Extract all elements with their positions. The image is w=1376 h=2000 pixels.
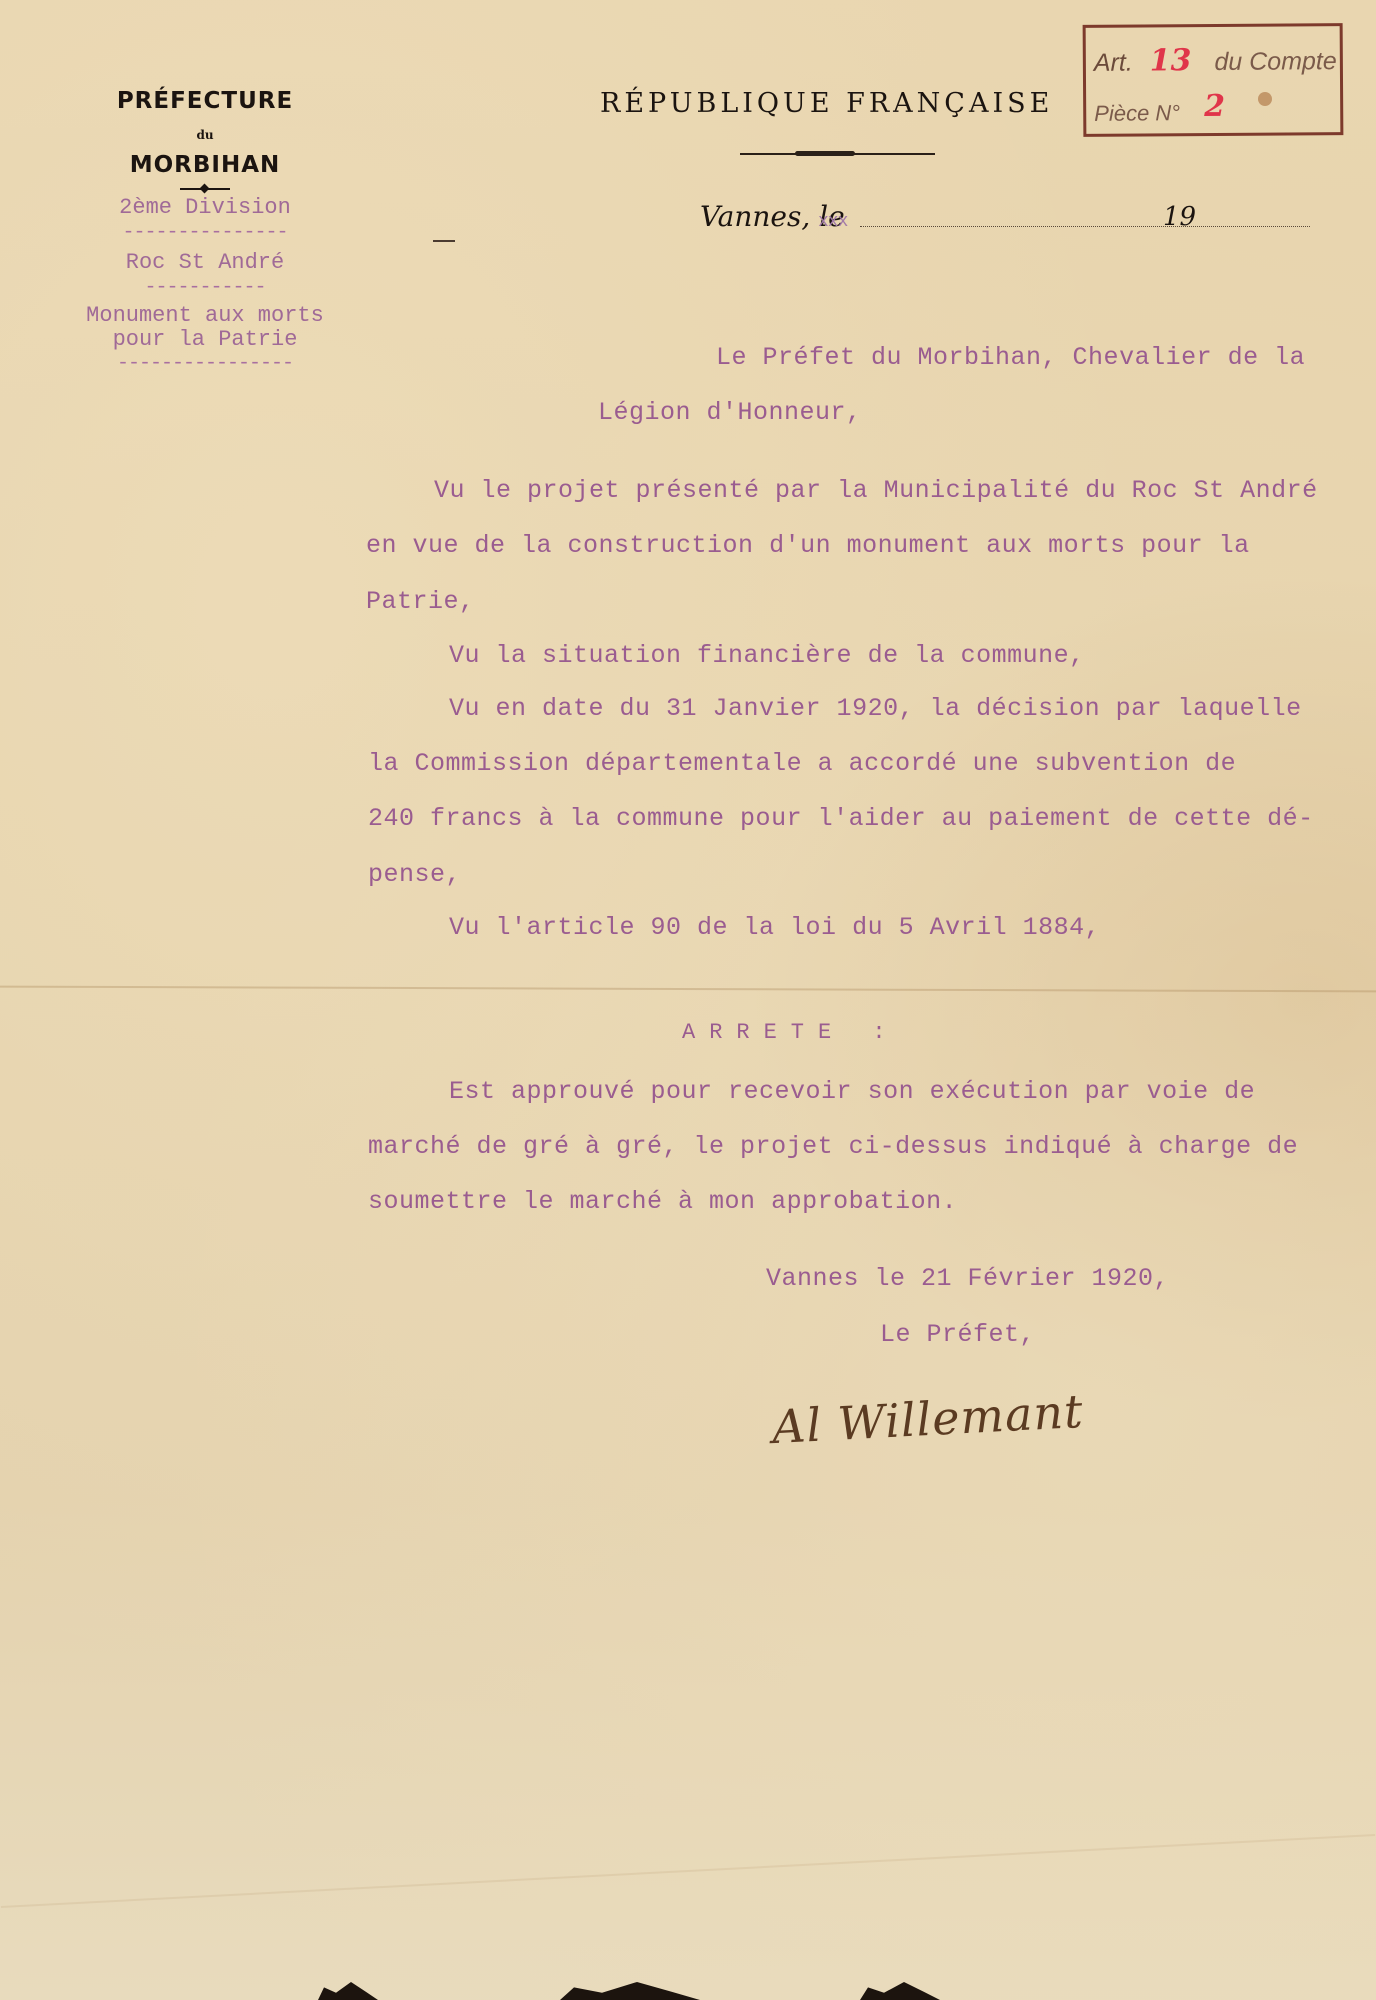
- account-stamp: Art. 13 du Compte Pièce N° 2: [1083, 23, 1344, 137]
- margin-mark: [433, 240, 455, 242]
- whereas-1-line-3: Patrie,: [366, 587, 475, 616]
- whereas-1-line-1: Vu le projet présenté par la Municipalit…: [434, 476, 1318, 505]
- decision-line-1: Est approuvé pour recevoir son exécution…: [449, 1077, 1255, 1106]
- prefecture-title: PRÉFECTURE: [55, 88, 355, 114]
- division-label: 2ème Division: [55, 194, 355, 221]
- whereas-1-line-2: en vue de la construction d'un monument …: [366, 531, 1250, 560]
- intro-line-1: Le Préfet du Morbihan, Chevalier de la: [716, 343, 1305, 372]
- art-number: 13: [1150, 43, 1192, 78]
- department-name: MORBIHAN: [55, 152, 355, 178]
- whereas-3-line-1: Vu en date du 31 Janvier 1920, la décisi…: [449, 694, 1302, 723]
- republic-heading: RÉPUBLIQUE FRANÇAISE: [600, 88, 1053, 119]
- divider-rule: -----------: [55, 276, 355, 300]
- whereas-3-line-4: pense,: [368, 860, 461, 889]
- arrete-heading: ARRETE :: [682, 1020, 900, 1045]
- piece-label: Pièce N°: [1094, 100, 1180, 126]
- ornament-rule-icon: [180, 184, 230, 194]
- whereas-4-line-1: Vu l'article 90 de la loi du 5 Avril 188…: [449, 913, 1100, 942]
- whereas-2-line-1: Vu la situation financière de la commune…: [449, 641, 1085, 670]
- art-label: Art.: [1094, 49, 1133, 77]
- heading-rule: [740, 153, 935, 155]
- whereas-3-line-2: la Commission départementale a accordé u…: [368, 749, 1236, 778]
- year-prefix: 19: [1163, 202, 1196, 232]
- date-fill-line: [860, 226, 1310, 227]
- decision-line-2: marché de gré à gré, le projet ci-dessus…: [368, 1132, 1298, 1161]
- stain: [1258, 92, 1272, 106]
- commune-name: Roc St André: [55, 249, 355, 276]
- prefecture-letterhead: PRÉFECTURE du MORBIHAN 2ème Division ---…: [55, 88, 355, 376]
- piece-number: 2: [1204, 89, 1225, 124]
- divider-rule: ----------------: [55, 352, 355, 376]
- compte-label: du Compte: [1214, 47, 1336, 76]
- du-text: du: [55, 128, 355, 142]
- closing-title: Le Préfet,: [880, 1320, 1035, 1349]
- divider-rule: ---------------: [55, 221, 355, 245]
- subject-line-1: Monument aux morts: [55, 304, 355, 328]
- intro-line-2: Légion d'Honneur,: [598, 398, 862, 427]
- closing-place-date: Vannes le 21 Février 1920,: [766, 1264, 1169, 1293]
- crossout-marks: xxx: [818, 212, 847, 232]
- subject-line-2: pour la Patrie: [55, 328, 355, 352]
- stamp-art-row: Art. 13 du Compte: [1094, 42, 1337, 79]
- decision-line-3: soumettre le marché à mon approbation.: [368, 1187, 957, 1216]
- whereas-3-line-3: 240 francs à la commune pour l'aider au …: [368, 804, 1314, 833]
- stamp-piece-row: Pièce N° 2: [1094, 93, 1225, 129]
